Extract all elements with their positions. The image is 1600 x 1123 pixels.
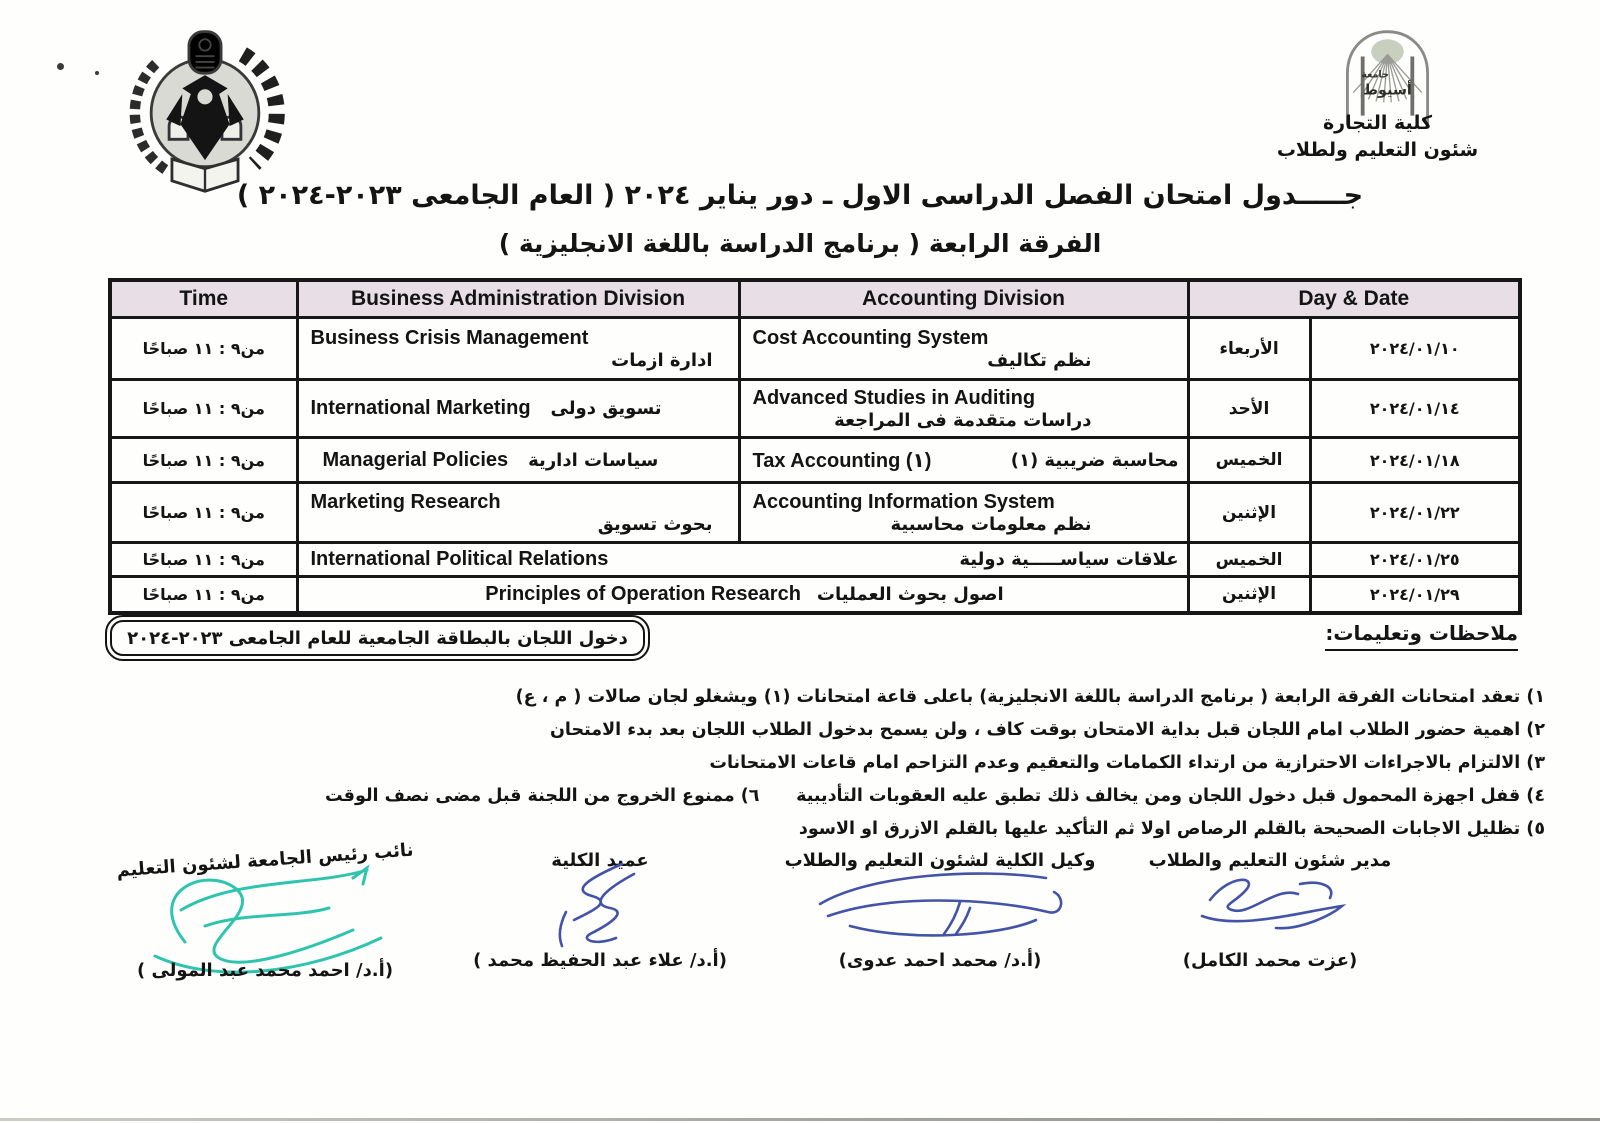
cell-time: من٩ : ١١ صباحًا	[112, 585, 296, 604]
cell-date: ٢٠٢٤/٠١/٢٩	[1312, 585, 1519, 604]
faculty-emblem-icon	[110, 26, 300, 200]
cell-acc-subject: Tax Accounting (١) محاسبة ضريبية (١)	[741, 448, 1187, 473]
signature-name: (أ.د/ علاء عبد الحفيظ محمد )	[465, 950, 735, 971]
table-row: من٩ : ١١ صباحًا Managerial Policies سياس…	[110, 438, 1520, 483]
faculty-caption-line1: كلية التجارة	[1250, 110, 1505, 137]
cell-date: ٢٠٢٤/٠١/١٠	[1312, 339, 1519, 358]
note-item: ٤) قفل اجهزة المحمول قبل دخول اللجان ومن…	[280, 780, 1545, 813]
cell-time: من٩ : ١١ صباحًا	[112, 399, 296, 418]
table-row: من٩ : ١١ صباحًا International Political …	[110, 543, 1520, 577]
entry-badge: دخول اللجان بالبطاقة الجامعية للعام الجا…	[105, 615, 650, 661]
signature-block-vice-dean: وكيل الكلية لشئون التعليم والطلاب (أ.د/ …	[780, 850, 1100, 1005]
signature-block-dean: عميد الكلية (أ.د/ علاء عبد الحفيظ محمد )	[465, 850, 735, 1005]
note-item: ٣) الالتزام بالاجراءات الاحترازية من ارت…	[280, 747, 1545, 780]
cell-date: ٢٠٢٤/٠١/١٤	[1312, 399, 1519, 418]
cell-acc-subject: Accounting Information System نظم معلوما…	[741, 488, 1187, 537]
subject-en: Managerial Policies	[323, 449, 509, 472]
subject-en: Principles of Operation Research	[485, 583, 801, 606]
cell-day: الخميس	[1190, 450, 1309, 470]
note-item: ١) تعقد امتحانات الفرقة الرابعة ( برنامج…	[280, 681, 1545, 714]
subject-en: Business Crisis Management	[299, 327, 738, 350]
note-item-6: ٦) ممنوع الخروج من اللجنة قبل مضى نصف ال…	[325, 780, 759, 813]
logo-word-university: جامعة	[1361, 69, 1389, 80]
notes-heading: ملاحظات وتعليمات:	[1325, 621, 1518, 651]
header-time: Time	[110, 280, 297, 318]
subject-ar: نظم معلومات محاسبية	[741, 514, 1187, 535]
logo-word-assiut: أسيوط	[1363, 81, 1412, 99]
scan-edge-line	[0, 1118, 1600, 1121]
subject-en: Advanced Studies in Auditing	[741, 387, 1187, 410]
subject-ar: ادارة ازمات	[299, 350, 738, 371]
table-header-row: Time Business Administration Division Ac…	[110, 280, 1520, 318]
signature-name: (أ.د/ احمد محمد عبد المولى )	[105, 960, 425, 981]
signature-name: (أ.د/ محمد احمد عدوى)	[780, 950, 1100, 971]
signature-ink	[530, 860, 670, 952]
table-row: من٩ : ١١ صباحًا Marketing Research بحوث …	[110, 483, 1520, 543]
header-day-date: Day & Date	[1188, 280, 1520, 318]
document-title: جـــــدول امتحان الفصل الدراسى الاول ـ د…	[0, 180, 1600, 211]
cell-time: من٩ : ١١ صباحًا	[112, 550, 296, 569]
subject-ar: سياسات ادارية	[528, 450, 658, 471]
cell-time: من٩ : ١١ صباحًا	[112, 503, 296, 522]
note-item-4: ٤) قفل اجهزة المحمول قبل دخول اللجان ومن…	[796, 786, 1545, 806]
cell-date: ٢٠٢٤/٠١/٢٢	[1312, 503, 1519, 522]
note-item: ٢) اهمية حضور الطلاب امام اللجان قبل بدا…	[280, 714, 1545, 747]
exam-schedule-document: جامعة أسيوط كلية التجارة شئون التعليم ول…	[0, 0, 1600, 1123]
signature-ink	[1180, 872, 1360, 944]
table-row: من٩ : ١١ صباحًا Principles of Operation …	[110, 577, 1520, 613]
cell-date: ٢٠٢٤/٠١/٢٥	[1312, 550, 1519, 569]
cell-day: الإثنين	[1190, 584, 1309, 604]
scan-speck	[57, 63, 64, 70]
cell-acc-subject: Cost Accounting System نظم تكاليف	[741, 324, 1187, 373]
signature-block-vice-president: نائب رئيس الجامعة لشئون التعليم (أ.د/ اح…	[105, 850, 425, 1005]
subject-ar: اصول بحوث العمليات	[817, 584, 1004, 605]
table-row: من٩ : ١١ صباحًا Business Crisis Manageme…	[110, 318, 1520, 380]
subject-ar: تسويق دولى	[551, 398, 662, 419]
signature-block-education-director: مدير شئون التعليم والطلاب (عزت محمد الكا…	[1125, 850, 1415, 1005]
entry-badge-text: دخول اللجان بالبطاقة الجامعية للعام الجا…	[110, 620, 645, 656]
table-row: من٩ : ١١ صباحًا International Marketing …	[110, 380, 1520, 438]
signature-title: مدير شئون التعليم والطلاب	[1125, 850, 1415, 871]
cell-ba-subject: International Marketing تسويق دولى	[299, 397, 738, 420]
subject-en: Cost Accounting System	[741, 327, 1187, 350]
subject-ar: محاسبة ضريبية (١)	[1011, 450, 1179, 471]
note-item: ٥) تظليل الاجابات الصحيحة بالقلم الرصاص …	[280, 813, 1545, 846]
signature-name: (عزت محمد الكامل)	[1125, 950, 1415, 971]
cell-date: ٢٠٢٤/٠١/١٨	[1312, 451, 1519, 470]
subject-en: Accounting Information System	[741, 491, 1187, 514]
header-accounting-division: Accounting Division	[739, 280, 1188, 318]
cell-ba-subject: Business Crisis Management ادارة ازمات	[299, 324, 738, 373]
subject-en: International Political Relations	[311, 548, 609, 571]
subject-ar: نظم تكاليف	[741, 350, 1187, 371]
subject-ar: علاقات سياســـــية دولية	[959, 549, 1178, 570]
scan-speck	[95, 71, 99, 75]
cell-merged-subject: International Political Relations علاقات…	[299, 548, 1187, 571]
notes-list: ١) تعقد امتحانات الفرقة الرابعة ( برنامج…	[280, 681, 1545, 846]
subject-en: International Marketing	[311, 397, 531, 420]
subject-en: Tax Accounting (١)	[753, 448, 932, 473]
signature-ink	[810, 864, 1070, 950]
faculty-caption-line2: شئون التعليم ولطلاب	[1250, 137, 1505, 164]
faculty-caption: كلية التجارة شئون التعليم ولطلاب	[1250, 110, 1505, 164]
cell-day: الإثنين	[1190, 503, 1309, 523]
cell-day: الخميس	[1190, 550, 1309, 570]
cell-ba-subject: Marketing Research بحوث تسويق	[299, 488, 738, 537]
cell-ba-subject: Managerial Policies سياسات ادارية	[299, 449, 738, 472]
subject-ar: بحوث تسويق	[299, 514, 738, 535]
exam-schedule-table: Time Business Administration Division Ac…	[108, 278, 1522, 615]
subject-ar: دراسات متقدمة فى المراجعة	[741, 410, 1187, 431]
cell-merged-subject: Principles of Operation Research اصول بح…	[299, 583, 1187, 606]
cell-time: من٩ : ١١ صباحًا	[112, 339, 296, 358]
cell-time: من٩ : ١١ صباحًا	[112, 451, 296, 470]
cell-day: الأحد	[1190, 399, 1309, 419]
header-business-division: Business Administration Division	[297, 280, 739, 318]
cell-day: الأربعاء	[1190, 339, 1309, 359]
document-subtitle: الفرقة الرابعة ( برنامج الدراسة باللغة ا…	[0, 229, 1600, 258]
subject-en: Marketing Research	[299, 491, 738, 514]
cell-acc-subject: Advanced Studies in Auditing دراسات متقد…	[741, 384, 1187, 433]
